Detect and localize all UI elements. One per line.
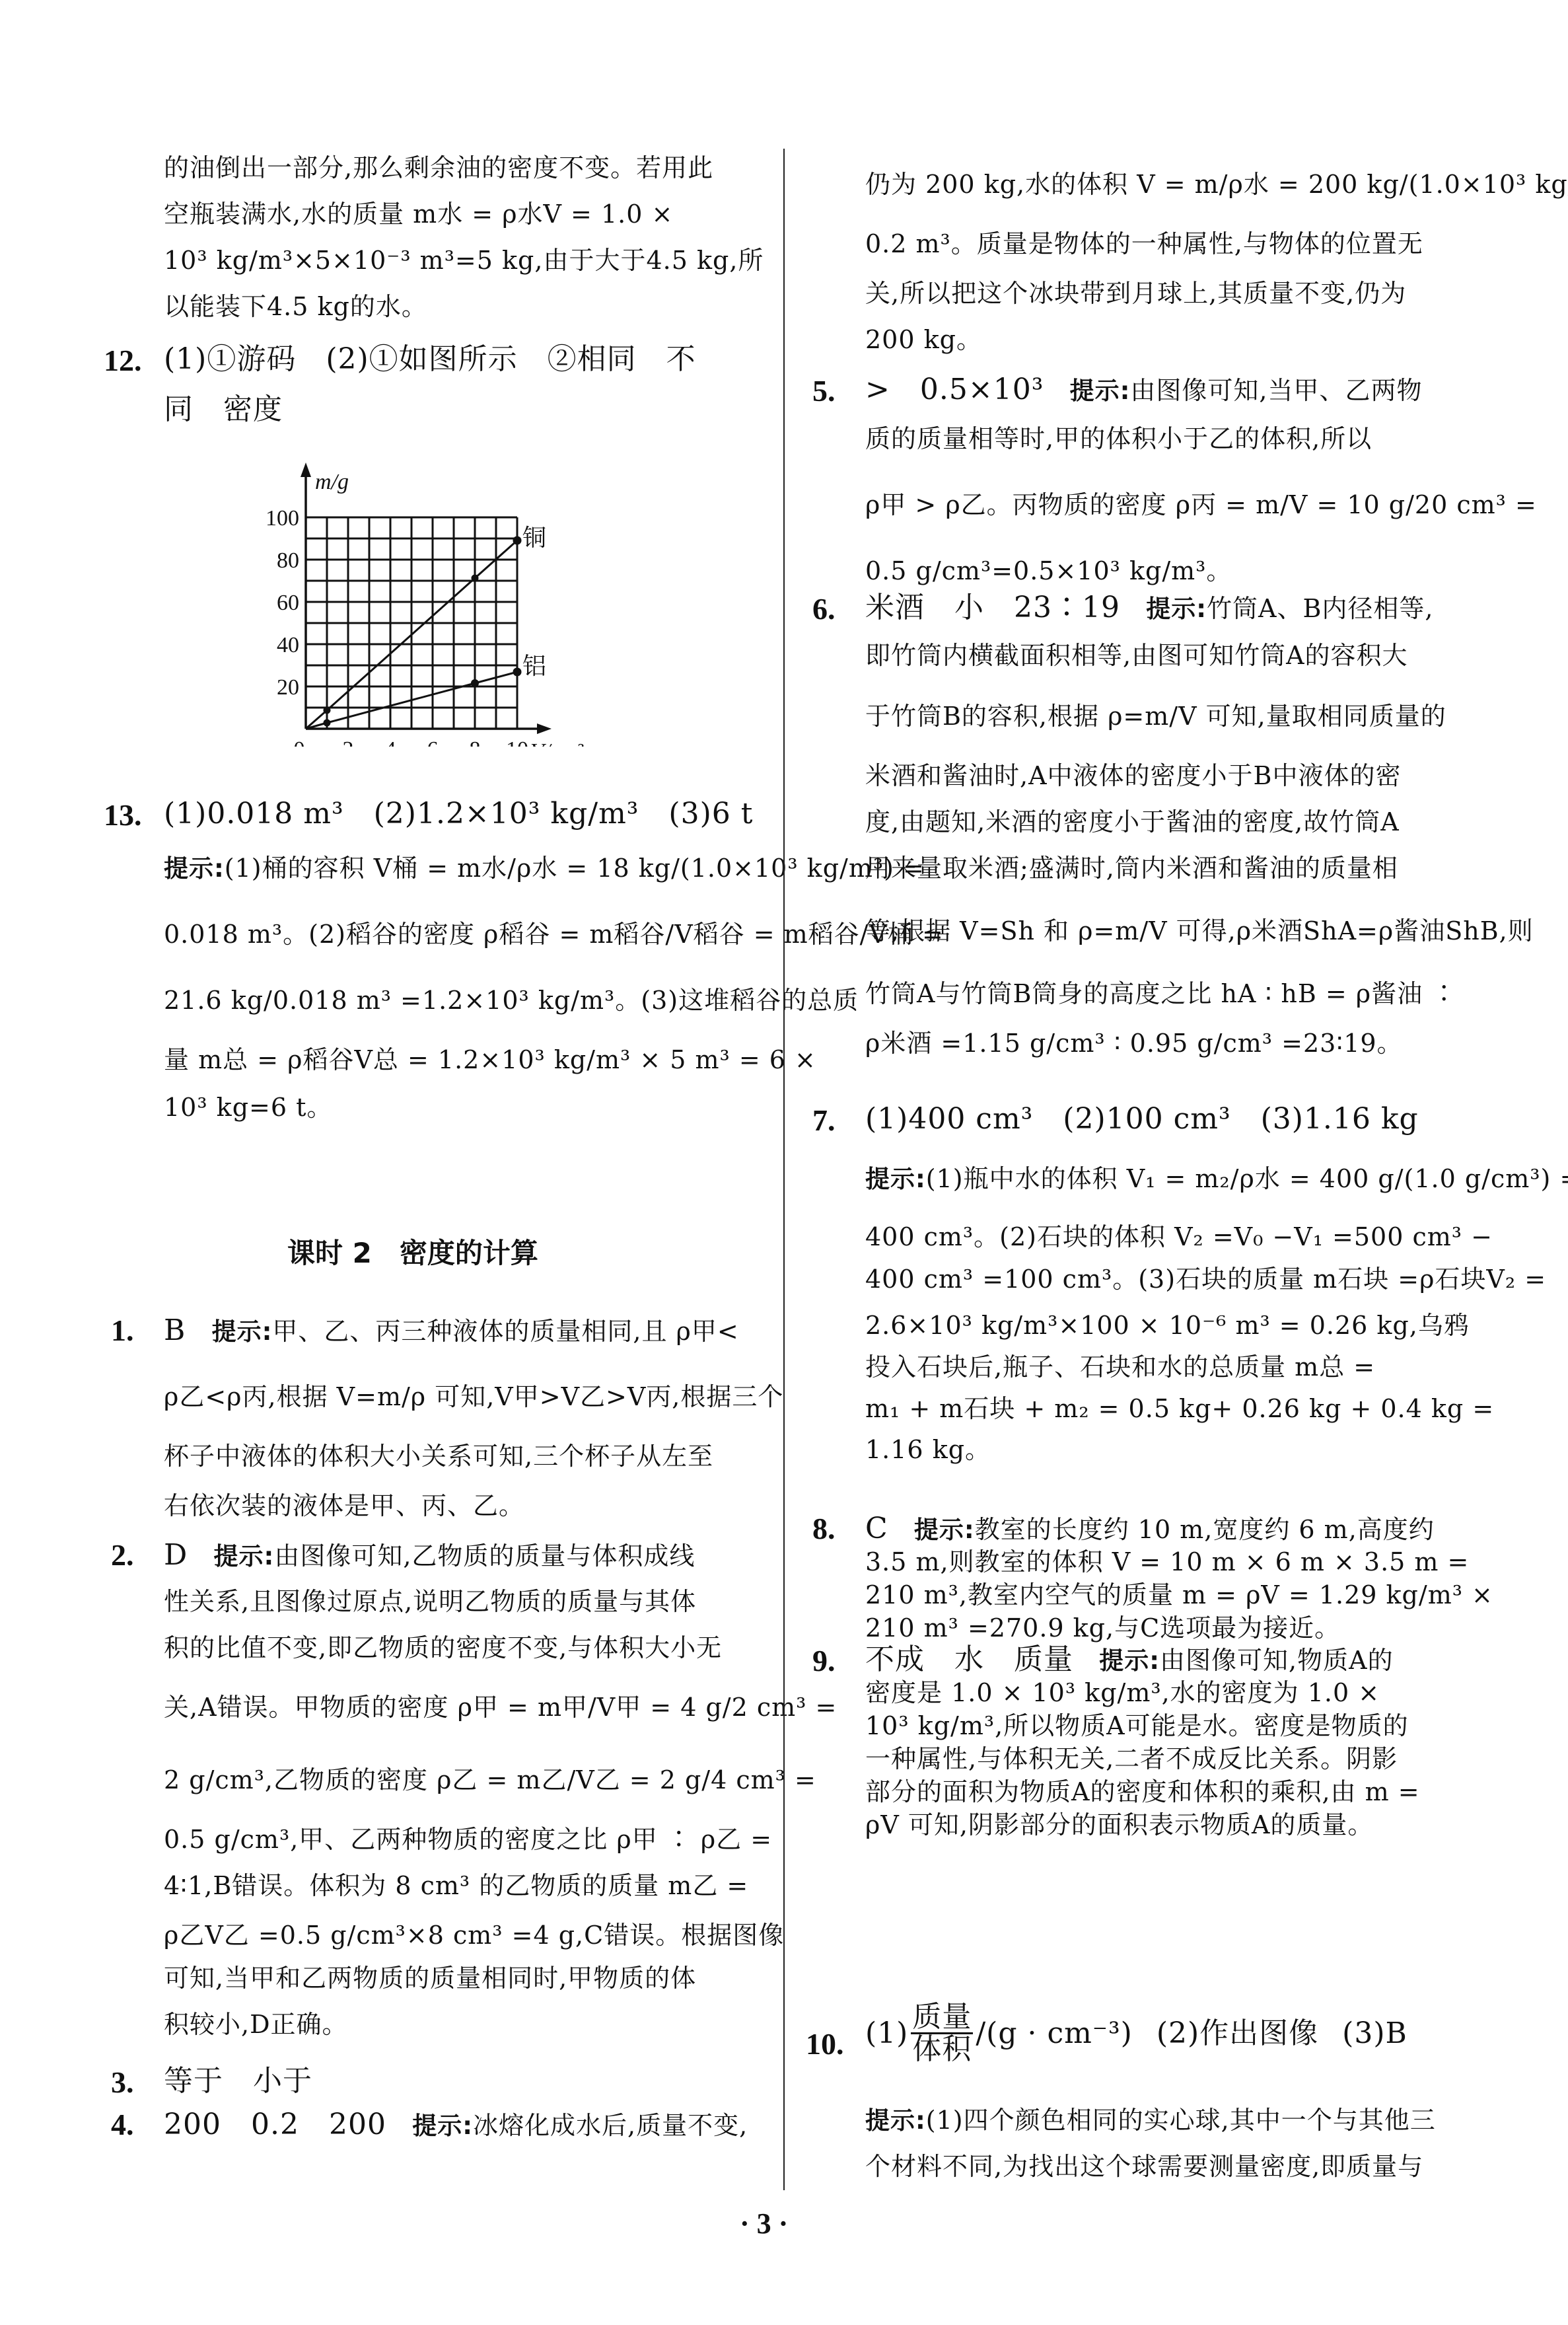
- q2-hint-line-5: 2 g/cm³,乙物质的密度 ρ乙 = m乙/V乙 = 2 g/4 cm³ =: [164, 1764, 816, 1796]
- q9-hint-line-4: 一种属性,与体积无关,二者不成反比关系。阴影: [865, 1743, 1398, 1775]
- q13-hint-line-5: 10³ kg=6 t。: [164, 1091, 332, 1123]
- q7-hint-line-1: (1)瓶中水的体积 V₁ = m₂/ρ水 = 400 g/(1.0 g/cm³)…: [926, 1164, 1568, 1193]
- q12-answer-line-1: (1)①游码 (2)①如图所示 ②相同 不: [164, 344, 696, 375]
- svg-text:4: 4: [385, 737, 396, 747]
- q8-hint-line-4: 210 m³ =270.9 kg,与C选项最为接近。: [865, 1612, 1340, 1644]
- q6-hint-label: 提示:: [1146, 595, 1207, 623]
- q2-hint-line-1: 由图像可知,乙物质的质量与体积成线: [274, 1541, 695, 1570]
- q6-hint-line-1: 竹筒A、B内径相等,: [1207, 594, 1433, 623]
- q10-part2: (2)作出图像: [1157, 2018, 1318, 2049]
- legend-aluminum: 铝: [522, 653, 546, 679]
- q4-hint-line-1: 冰熔化成水后,质量不变,: [473, 2111, 748, 2140]
- x-axis-label: V/cm³: [530, 739, 584, 747]
- q9-hint-label: 提示:: [1099, 1646, 1160, 1675]
- column-divider: [783, 149, 785, 2190]
- q10-fraction: 质量 体积: [911, 2002, 973, 2065]
- svg-text:20: 20: [277, 675, 299, 700]
- q9-hint-line-5: 部分的面积为物质A的密度和体积的乘积,由 m =: [865, 1776, 1420, 1808]
- q4-continuation-line-1: 仍为 200 kg,水的体积 V = m/ρ水 = 200 kg/(1.0×10…: [865, 168, 1568, 200]
- svg-text:60: 60: [277, 591, 299, 615]
- question-number-1: 1.: [111, 1315, 134, 1347]
- q6-hint-line-2: 即竹筒内横截面积相等,由图可知竹筒A的容积大: [865, 640, 1408, 671]
- q2-hint-line-4: 关,A错误。甲物质的密度 ρ甲 = m甲/V甲 = 4 g/2 cm³ =: [164, 1691, 837, 1723]
- chart-grid: [306, 517, 517, 729]
- q10-fraction-numerator: 质量: [911, 2002, 973, 2034]
- legend-copper: 铜: [522, 525, 546, 551]
- continuation-line-2: 空瓶装满水,水的质量 m水 = ρ水V = 1.0 ×: [164, 198, 673, 230]
- q12-answer-line-2: 同 密度: [164, 394, 283, 425]
- q1-answer: B: [164, 1313, 186, 1347]
- q7-hint-line-3: 400 cm³ =100 cm³。(3)石块的质量 m石块 =ρ石块V₂ =: [865, 1263, 1546, 1295]
- y-axis-arrow-icon: [301, 462, 311, 477]
- chart-axes: [306, 469, 545, 729]
- q9-hint-line-1: 由图像可知,物质A的: [1160, 1646, 1394, 1675]
- q9-hint-line-3: 10³ kg/m³,所以物质A可能是水。密度是物质的: [865, 1710, 1409, 1742]
- q13-hint-line-4: 量 m总 = ρ稻谷V总 = 1.2×10³ kg/m³ × 5 m³ = 6 …: [164, 1044, 816, 1076]
- q2-hint-line-6: 0.5 g/cm³,甲、乙两种物质的密度之比 ρ甲 ∶ ρ乙 =: [164, 1824, 772, 1855]
- q10-hint-line-2: 个材料不同,为找出这个球需要测量密度,即质量与: [865, 2151, 1423, 2182]
- q10-fraction-denominator: 体积: [912, 2034, 972, 2065]
- q4-continuation-line-4: 200 kg。: [865, 324, 982, 355]
- question-number-12: 12.: [104, 345, 142, 377]
- q6-hint-line-9: ρ米酒 =1.15 g/cm³ ∶ 0.95 g/cm³ =23∶19。: [865, 1027, 1403, 1059]
- q6-hint-line-8: 竹筒A与竹筒B筒身的高度之比 hA ∶ hB = ρ酱油 ∶: [865, 978, 1457, 1010]
- q9-hint-line-2: 密度是 1.0 × 10³ kg/m³,水的密度为 1.0 ×: [865, 1677, 1380, 1709]
- continuation-line-4: 以能装下4.5 kg的水。: [164, 291, 427, 322]
- q7-hint-line-2: 400 cm³。(2)石块的体积 V₂ =V₀ −V₁ =500 cm³ −: [865, 1221, 1493, 1253]
- q1-hint-line-4: 右依次装的液体是甲、丙、乙。: [164, 1490, 524, 1522]
- q8-hint-line-2: 3.5 m,则教室的体积 V = 10 m × 6 m × 3.5 m =: [865, 1546, 1469, 1578]
- q4-continuation-line-2: 0.2 m³。质量是物体的一种属性,与物体的位置无: [865, 228, 1423, 260]
- q1-hint-label: 提示:: [212, 1317, 273, 1346]
- svg-text:2: 2: [343, 737, 354, 747]
- q10-part3: (3)B: [1342, 2018, 1408, 2049]
- q2-hint-line-2: 性关系,且图像过原点,说明乙物质的质量与其体: [164, 1586, 696, 1617]
- q9-answer: 不成 水 质量: [865, 1642, 1073, 1676]
- q10-hint-label: 提示:: [865, 2106, 926, 2135]
- q6-answer: 米酒 小 23∶19: [865, 591, 1120, 624]
- page-number: · 3 ·: [740, 2207, 788, 2240]
- question-number-2: 2.: [111, 1539, 134, 1571]
- svg-text:10: 10: [506, 737, 528, 747]
- q13-hint-line-3: 21.6 kg/0.018 m³ =1.2×10³ kg/m³。(3)这堆稻谷的…: [164, 984, 859, 1016]
- mass-volume-chart: m/g 铜 铝 V/cm³ 0 2 4 6 8 10 20 40 60 80 1…: [261, 456, 604, 749]
- section-heading: 课时 2 密度的计算: [287, 1237, 538, 1270]
- q1-hint-line-2: ρ乙<ρ丙,根据 V=m/ρ 可知,V甲>V乙>V丙,根据三个: [164, 1381, 783, 1413]
- question-number-5: 5.: [812, 375, 836, 407]
- svg-text:6: 6: [427, 737, 439, 747]
- q6-hint-line-7: 等,根据 V=Sh 和 ρ=m/V 可得,ρ米酒ShA=ρ酱油ShB,则: [865, 915, 1534, 947]
- q10-hint-line-1: (1)四个颜色相同的实心球,其中一个与其他三: [926, 2106, 1436, 2135]
- question-number-7: 7.: [812, 1105, 836, 1136]
- q5-answer: > 0.5×10³: [865, 373, 1044, 406]
- q2-hint-line-9: 可知,当甲和乙两物质的质量相同时,甲物质的体: [164, 1962, 696, 1994]
- q1-hint-line-1: 甲、乙、丙三种液体的质量相同,且 ρ甲<: [272, 1317, 738, 1346]
- question-number-9: 9.: [812, 1645, 836, 1677]
- svg-text:8: 8: [470, 737, 481, 747]
- q7-hint-line-7: 1.16 kg。: [865, 1434, 991, 1465]
- x-axis-arrow-icon: [537, 723, 552, 734]
- q8-answer: C: [865, 1512, 888, 1545]
- q5-hint-label: 提示:: [1070, 377, 1131, 405]
- q3-answer: 等于 小于: [164, 2065, 312, 2097]
- q7-hint-label: 提示:: [865, 1165, 926, 1193]
- q2-hint-line-3: 积的比值不变,即乙物质的密度不变,与体积大小无: [164, 1632, 722, 1664]
- q2-hint-label: 提示:: [214, 1542, 275, 1570]
- continuation-line-3: 10³ kg/m³×5×10⁻³ m³=5 kg,由于大于4.5 kg,所: [164, 244, 764, 276]
- q4-continuation-line-3: 关,所以把这个冰块带到月球上,其质量不变,仍为: [865, 277, 1406, 309]
- svg-text:80: 80: [277, 548, 299, 573]
- q8-hint-label: 提示:: [914, 1516, 975, 1544]
- y-axis-label: m/g: [315, 470, 349, 494]
- q13-hint-line-2: 0.018 m³。(2)稻谷的密度 ρ稻谷 = m稻谷/V稻谷 = m稻谷/V桶…: [164, 918, 944, 950]
- q7-hint-line-5: 投入石块后,瓶子、石块和水的总质量 m总 =: [865, 1351, 1375, 1383]
- q2-hint-line-8: ρ乙V乙 =0.5 g/cm³×8 cm³ =4 g,C错误。根据图像: [164, 1919, 784, 1951]
- question-number-3: 3.: [111, 2067, 134, 2098]
- q10-answer: (1) 质量 体积 /(g · cm⁻³) (2)作出图像 (3)B: [865, 2002, 1408, 2065]
- q4-hint-label: 提示:: [412, 2112, 473, 2140]
- continuation-line-1: 的油倒出一部分,那么剩余油的密度不变。若用此: [164, 152, 713, 184]
- question-number-8: 8.: [812, 1513, 836, 1545]
- q6-hint-line-3: 于竹筒B的容积,根据 ρ=m/V 可知,量取相同质量的: [865, 700, 1446, 732]
- q13-hint-label: 提示:: [164, 854, 225, 883]
- q1-hint-line-3: 杯子中液体的体积大小关系可知,三个杯子从左至: [164, 1440, 713, 1472]
- q5-hint-line-3: ρ甲 > ρ乙。丙物质的密度 ρ丙 = m/V = 10 g/20 cm³ =: [865, 489, 1537, 521]
- q10-unit: /(g · cm⁻³): [976, 2018, 1133, 2049]
- q8-hint-line-3: 210 m³,教室内空气的质量 m = ρV = 1.29 kg/m³ ×: [865, 1579, 1493, 1611]
- q13-answer: (1)0.018 m³ (2)1.2×10³ kg/m³ (3)6 t: [164, 798, 753, 830]
- q6-hint-line-4: 米酒和酱油时,A中液体的密度小于B中液体的密: [865, 760, 1401, 792]
- q2-hint-line-7: 4∶1,B错误。体积为 8 cm³ 的乙物质的质量 m乙 =: [164, 1870, 748, 1901]
- q5-hint-line-1: 由图像可知,当甲、乙两物: [1130, 376, 1422, 405]
- q13-hint-line-1: (1)桶的容积 V桶 = m水/ρ水 = 18 kg/(1.0×10³ kg/m…: [225, 854, 925, 883]
- q5-hint-line-2: 质的质量相等时,甲的体积小于乙的体积,所以: [865, 423, 1372, 455]
- q2-answer: D: [164, 1538, 188, 1572]
- chart-svg: m/g 铜 铝 V/cm³ 0 2 4 6 8 10 20 40 60 80 1…: [261, 456, 604, 747]
- svg-text:40: 40: [277, 633, 299, 657]
- q8-hint-line-1: 教室的长度约 10 m,宽度约 6 m,高度约: [975, 1515, 1435, 1544]
- question-number-10: 10.: [806, 2028, 844, 2060]
- q9-hint-line-6: ρV 可知,阴影部分的面积表示物质A的质量。: [865, 1809, 1373, 1841]
- q7-answer: (1)400 cm³ (2)100 cm³ (3)1.16 kg: [865, 1103, 1419, 1135]
- q6-hint-line-5: 度,由题知,米酒的密度小于酱油的密度,故竹筒A: [865, 806, 1400, 838]
- question-number-6: 6.: [812, 593, 836, 625]
- q2-hint-line-10: 积较小,D正确。: [164, 2009, 348, 2040]
- svg-text:0: 0: [294, 737, 305, 747]
- svg-text:100: 100: [266, 506, 299, 531]
- q5-hint-line-4: 0.5 g/cm³=0.5×10³ kg/m³。: [865, 555, 1232, 587]
- q6-hint-line-6: 用来量取米酒;盛满时,筒内米酒和酱油的质量相: [865, 852, 1398, 884]
- question-number-13: 13.: [104, 799, 142, 831]
- q7-hint-line-4: 2.6×10³ kg/m³×100 × 10⁻⁶ m³ = 0.26 kg,乌鸦: [865, 1310, 1470, 1341]
- q10-part1-prefix: (1): [865, 2018, 908, 2049]
- question-number-4: 4.: [111, 2109, 134, 2141]
- q4-answer: 200 0.2 200: [164, 2108, 386, 2141]
- q7-hint-line-6: m₁ + m石块 + m₂ = 0.5 kg+ 0.26 kg + 0.4 kg…: [865, 1393, 1494, 1424]
